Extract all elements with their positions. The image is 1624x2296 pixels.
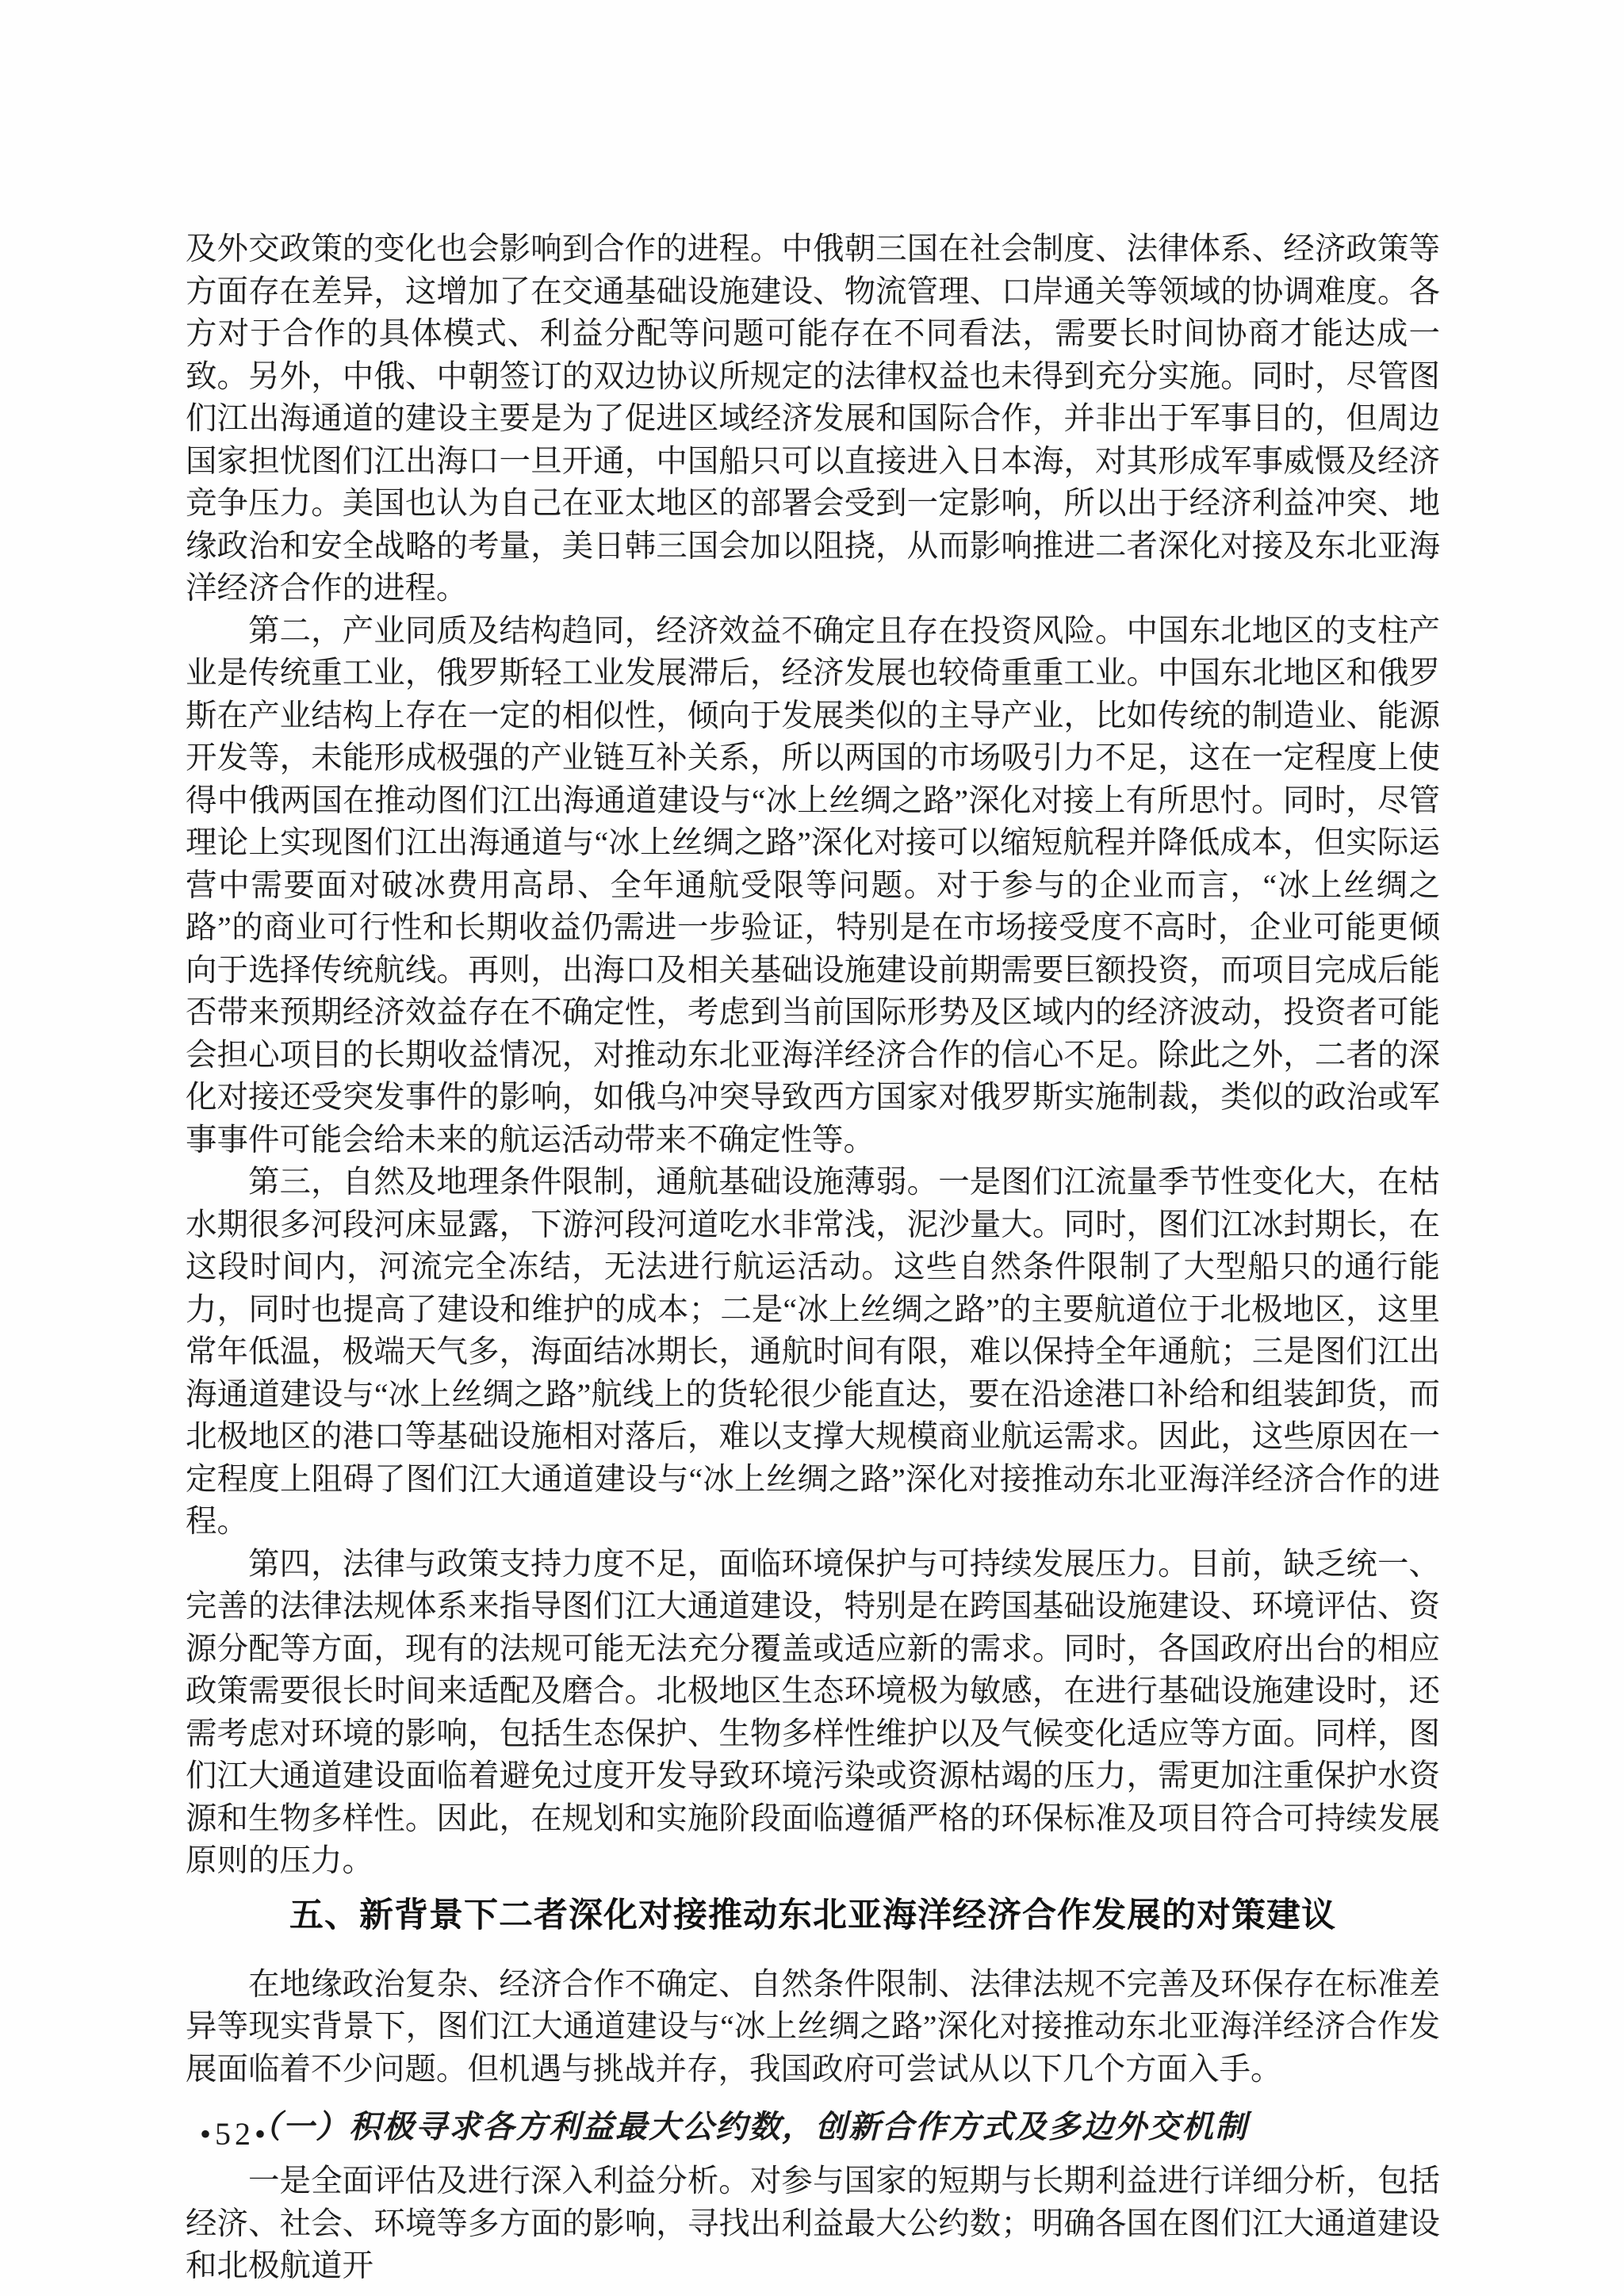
paragraph-section-intro: 在地缘政治复杂、经济合作不确定、自然条件限制、法律法规不完善及环保存在标准差异等… xyxy=(186,1964,1440,2091)
paragraph-fourth-point: 第四，法律与政策支持力度不足，面临环境保护与可持续发展压力。目前，缺乏统一、完善… xyxy=(186,1544,1440,1883)
sub-heading-item-one: （一）积极寻求各方利益最大公约数，创新合作方式及多边外交机制 xyxy=(186,2105,1440,2149)
page-body: 及外交政策的变化也会影响到合作的进程。中俄朝三国在社会制度、法律体系、经济政策等… xyxy=(186,228,1440,2288)
document-page: 及外交政策的变化也会影响到合作的进程。中俄朝三国在社会制度、法律体系、经济政策等… xyxy=(0,0,1624,2296)
paragraph-measure-one: 一是全面评估及进行深入利益分析。对参与国家的短期与长期利益进行详细分析，包括经济… xyxy=(186,2160,1440,2288)
section-heading: 五、新背景下二者深化对接推动东北亚海洋经济合作发展的对策建议 xyxy=(186,1892,1440,1938)
page-number: •52• xyxy=(200,2115,270,2152)
paragraph-second-point: 第二，产业同质及结构趋同，经济效益不确定且存在投资风险。中国东北地区的支柱产业是… xyxy=(186,610,1440,1162)
paragraph-third-point: 第三，自然及地理条件限制，通航基础设施薄弱。一是图们江流量季节性变化大，在枯水期… xyxy=(186,1161,1440,1544)
paragraph-continuation: 及外交政策的变化也会影响到合作的进程。中俄朝三国在社会制度、法律体系、经济政策等… xyxy=(186,228,1440,610)
